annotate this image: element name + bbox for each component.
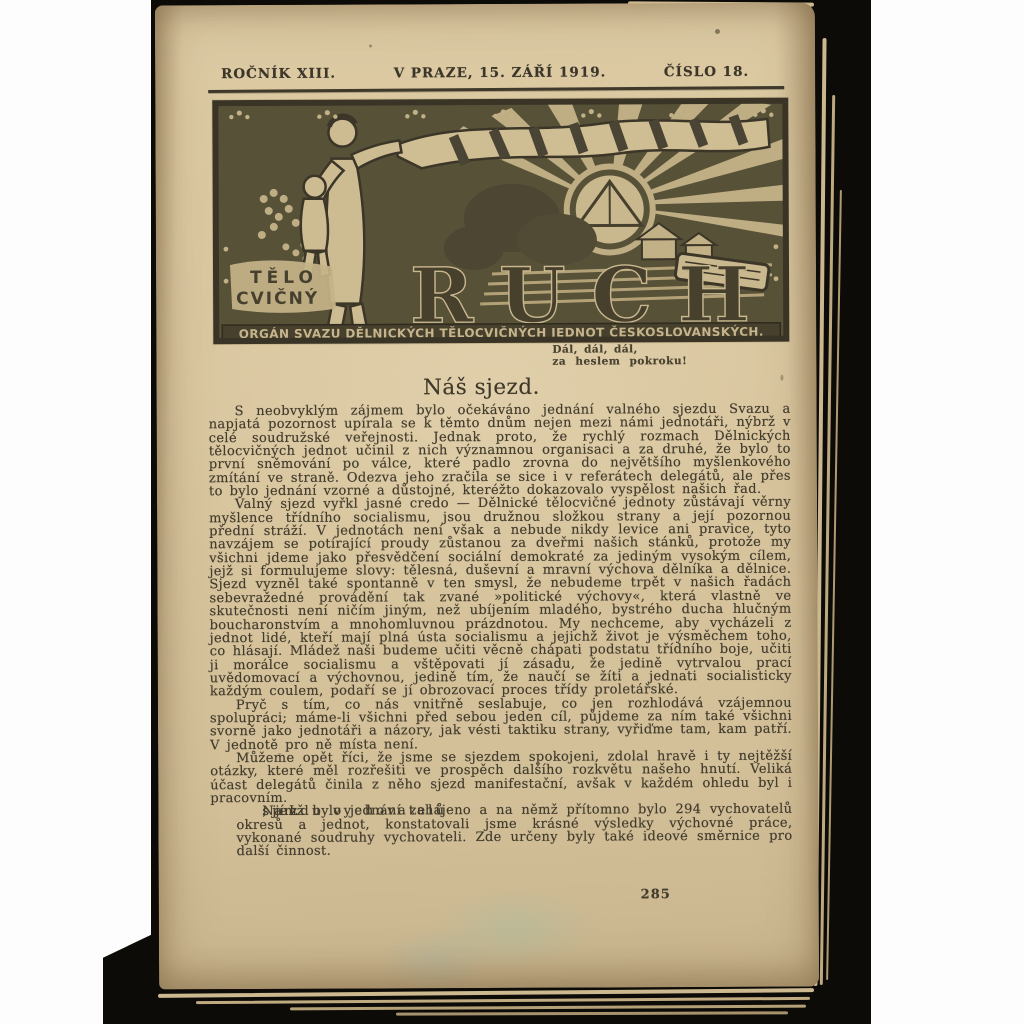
closing-rest: , jímž bylo jednání zahájeno a na němž p… (236, 803, 792, 859)
motto: Dál, dál, dál, za heslem pokroku! (552, 344, 687, 368)
header-rule (208, 86, 784, 93)
article-body: S neobvyklým zájmem bylo očekáváno jedná… (209, 403, 793, 806)
article-title: Náš sjezd. (208, 374, 754, 401)
paragraph: Můžeme opět říci, že jsme se sjezdem spo… (210, 750, 792, 806)
paper-speck (780, 375, 783, 381)
issue-header: ROČNÍK XIII. V PRAZE, 15. ZÁŘÍ 1919. ČÍS… (221, 64, 749, 82)
series-top-label: TĚLO (250, 266, 318, 288)
volume-label: ROČNÍK XIII. (221, 66, 336, 83)
paragraph: Pryč s tím, co nás vnitřně seslabuje, co… (210, 696, 792, 752)
paragraph: Na I. sjezdu vychovatelů, jímž bylo jedn… (210, 803, 792, 806)
place-date-label: V PRAZE, 15. ZÁŘÍ 1919. (394, 64, 607, 81)
magazine-page: ROČNÍK XIII. V PRAZE, 15. ZÁŘÍ 1919. ČÍS… (155, 3, 819, 990)
issue-number-label: ČÍSLO 18. (664, 64, 749, 80)
series-bottom-label: CVIČNÝ (236, 287, 319, 309)
page-number: 285 (621, 887, 691, 902)
paper-speck (715, 29, 720, 34)
paragraph: S neobvyklým zájmem bylo očekáváno jedná… (209, 403, 791, 499)
masthead-illustration: TĚLO CVIČNÝ RUCH ORGÁN SVAZU DĚLNICKÝCH … (211, 97, 790, 346)
motto-line2: za heslem pokroku! (552, 356, 687, 368)
paper-speck (369, 44, 372, 47)
photo-of-magazine-page: { "colors": { "paper": "#d8c59e", "ink":… (0, 0, 1024, 1024)
paragraph: Valný sjezd vyřkl jasné credo — Dělnické… (209, 496, 792, 699)
black-backdrop-corner (103, 932, 157, 1024)
